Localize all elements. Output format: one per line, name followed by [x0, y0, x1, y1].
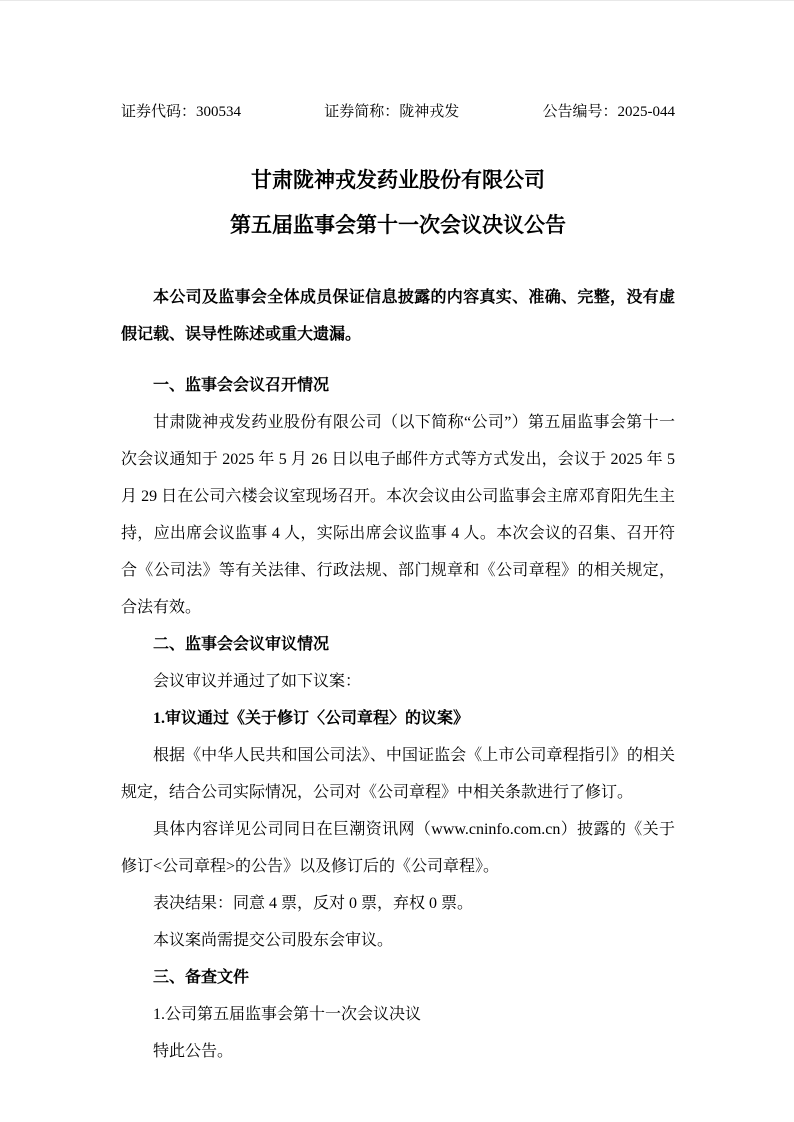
document-title: 甘肃陇神戎发药业股份有限公司 第五届监事会第十一次会议决议公告 [121, 158, 675, 248]
paragraph-disclosure-reference: 具体内容详见公司同日在巨潮资讯网（www.cninfo.com.cn）披露的《关… [121, 811, 675, 885]
document-body: 一、监事会会议召开情况 甘肃陇神戎发药业股份有限公司（以下简称“公司”）第五届监… [121, 367, 675, 1070]
announcement-page: 证券代码：300534 证券简称：陇神戎发 公告编号：2025-044 甘肃陇神… [0, 0, 794, 1122]
announcement-number: 公告编号：2025-044 [543, 102, 676, 122]
paragraph-deliberation-intro: 会议审议并通过了如下议案： [121, 663, 675, 700]
section-heading-deliberation: 二、监事会会议审议情况 [121, 626, 675, 663]
document-header: 证券代码：300534 证券简称：陇神戎发 公告编号：2025-044 [121, 102, 675, 122]
stock-short-name: 证券简称：陇神戎发 [324, 102, 459, 122]
section-heading-reference-documents: 三、备查文件 [121, 959, 675, 996]
paragraph-closing: 特此公告。 [121, 1033, 675, 1070]
paragraph-meeting-convening-details: 甘肃陇神戎发药业股份有限公司（以下简称“公司”）第五届监事会第十一次会议通知于 … [121, 404, 675, 626]
paragraph-proposal-basis: 根据《中华人民共和国公司法》、中国证监会《上市公司章程指引》的相关规定，结合公司… [121, 737, 675, 811]
company-name-title: 甘肃陇神戎发药业股份有限公司 [121, 158, 675, 203]
paragraph-shareholder-review: 本议案尚需提交公司股东会审议。 [121, 922, 675, 959]
item-heading-proposal-1: 1.审议通过《关于修订〈公司章程〉的议案》 [121, 700, 675, 737]
stock-code: 证券代码：300534 [121, 102, 241, 122]
paragraph-vote-result: 表决结果：同意 4 票，反对 0 票，弃权 0 票。 [121, 885, 675, 922]
section-heading-meeting-convening: 一、监事会会议召开情况 [121, 367, 675, 404]
meeting-resolution-title: 第五届监事会第十一次会议决议公告 [121, 203, 675, 248]
paragraph-reference-document-1: 1.公司第五届监事会第十一次会议决议 [121, 996, 675, 1033]
declaration-paragraph: 本公司及监事会全体成员保证信息披露的内容真实、准确、完整，没有虚假记载、误导性陈… [121, 279, 675, 353]
